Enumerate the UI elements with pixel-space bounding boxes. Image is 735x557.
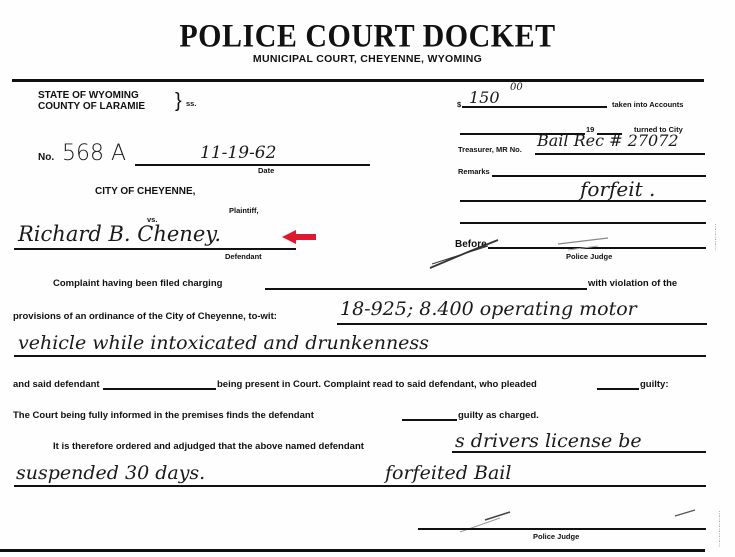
- amount-superscript: 00: [510, 82, 523, 93]
- defendant-label: Defendant: [225, 252, 262, 261]
- docket-page: POLICE COURT DOCKET MUNICIPAL COURT, CHE…: [0, 0, 735, 557]
- case-date: 11-19-62: [200, 143, 276, 163]
- plaintiff-name: CITY OF CHEYENNE,: [95, 186, 195, 197]
- defendant-line: [14, 248, 296, 250]
- dollar-sign: $: [457, 100, 461, 109]
- present-part-2: being present in Court. Complaint read t…: [217, 379, 537, 390]
- plaintiff-label: Plaintiff,: [229, 206, 259, 215]
- ordinance-line-rule: [14, 355, 706, 357]
- case-number: 568 A: [62, 141, 126, 166]
- mr-line: [535, 153, 705, 155]
- finds-part-1: The Court being fully informed in the pr…: [13, 410, 314, 421]
- ordered-hand-1: s drivers license be: [455, 430, 642, 452]
- footer-rule: [0, 549, 705, 552]
- present-part-3: guilty:: [640, 379, 669, 390]
- case-no-label: No.: [38, 152, 54, 163]
- date-label: Date: [258, 166, 274, 175]
- violation-label: with violation of the: [588, 278, 677, 289]
- present-part-1: and said defendant: [13, 379, 100, 390]
- before-police-judge-label: Police Judge: [566, 252, 612, 261]
- remarks-text: forfeit .: [580, 177, 655, 201]
- page-title: POLICE COURT DOCKET: [0, 19, 735, 56]
- complaint-line: [265, 288, 587, 290]
- finds-part-2: guilty as charged.: [458, 410, 539, 421]
- amount: 150: [469, 88, 500, 107]
- mr-number: Bail Rec # 27072: [537, 131, 679, 150]
- judge-line: [418, 528, 706, 530]
- venue-ss: ss.: [186, 99, 196, 108]
- remarks-line-3: [460, 222, 706, 224]
- page-subtitle: MUNICIPAL COURT, CHEYENNE, WYOMING: [0, 53, 735, 65]
- judge-signature-1: [428, 232, 698, 272]
- venue-state: STATE OF WYOMING: [38, 90, 145, 101]
- police-judge-label: Police Judge: [533, 532, 579, 541]
- complaint-label: Complaint having been filed charging: [53, 278, 222, 289]
- venue-block: STATE OF WYOMING COUNTY OF LARAMIE: [38, 90, 145, 112]
- red-arrow-icon: [282, 230, 322, 244]
- ordered-label: It is therefore ordered and adjudged tha…: [53, 441, 364, 452]
- ordinance-line-2: vehicle while intoxicated and drunkennes…: [18, 332, 429, 354]
- brace-icon: }: [175, 91, 182, 111]
- header-rule: [12, 79, 704, 82]
- present-line-1: [103, 388, 216, 390]
- taken-label: taken into Accounts: [612, 100, 683, 109]
- provisions-label: provisions of an ordinance of the City o…: [13, 311, 277, 322]
- amount-line: [462, 106, 607, 108]
- provisions-line: [337, 323, 707, 325]
- remarks-label: Remarks: [458, 167, 490, 176]
- edge-stamp-marks: ⋮⋮⋮⋮⋮: [712, 225, 722, 250]
- ordinance-line-1: 18-925; 8.400 operating motor: [340, 298, 637, 320]
- remarks-line-2: [460, 200, 706, 202]
- finds-line: [402, 419, 457, 421]
- ordered-line-1: [452, 451, 706, 453]
- edge-stamp-marks-bottom: ⋮⋮⋮⋮⋮⋮⋮: [716, 512, 726, 547]
- venue-county: COUNTY OF LARAMIE: [38, 101, 145, 112]
- treasurer-label: Treasurer, MR No.: [458, 145, 522, 154]
- ordered-line-2: [14, 485, 706, 487]
- pleaded-line: [597, 388, 639, 390]
- ordered-hand-2: suspended 30 days.: [16, 462, 205, 484]
- defendant-name: Richard B. Cheney.: [18, 222, 221, 246]
- ordered-hand-3: forfeited Bail: [385, 462, 511, 484]
- date-line: [135, 164, 370, 166]
